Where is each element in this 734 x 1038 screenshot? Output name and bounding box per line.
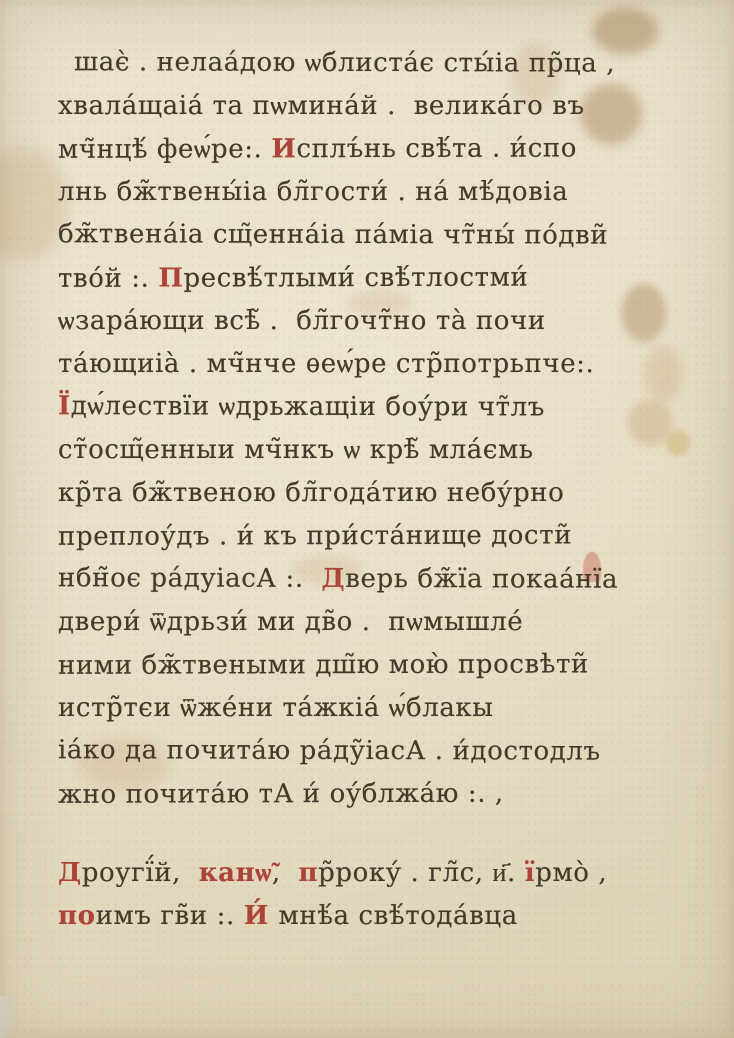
text-line: двери́ ѿдрьзи́ ми дв̃о . пѡмышле́ [58, 601, 678, 644]
ink-text: кр̃та бж̃твеною бл̃года́тию небу́рно [58, 478, 564, 508]
ink-text: тво́й :. [58, 264, 158, 294]
text-line: поимъ гв̃и :. И́ мнѣ́а свѣ́тода́вца [58, 895, 678, 938]
text-line: кр̃та бж̃твеною бл̃года́тию небу́рно [58, 472, 678, 515]
ink-text: мч̃нцѣ́ феѡ́ре:. [58, 134, 271, 165]
rubric-text: по [58, 901, 96, 931]
ink-text: ст̃осщ̃енныи мч̃нкъ ѡ крѣ̃ мла́ємь [58, 435, 534, 465]
ink-text: ресвѣ́тлыми́ свѣ́тлостми́ [183, 263, 528, 294]
rubric-text: Д [58, 858, 82, 888]
ink-text: рмо̀ , [535, 858, 607, 888]
text-line: истр̃тєи ѿже́ни та́жкіа́ ѡ́блакы [58, 687, 678, 730]
rubric-text: канѡ̃ [199, 858, 272, 888]
text-line: Їдѡ́лествїи ѡдрьжащіи боу́ри чт̃лъ [58, 385, 678, 430]
ink-text: шає̀ . нелаа́дою ѡблиста́є сты́іа пр̃ца … [74, 47, 615, 78]
ink-text: двери́ ѿдрьзи́ ми дв̃о . пѡмышле́ [58, 607, 523, 637]
text-line: мч̃нцѣ́ феѡ́ре:. Исплъ́нь свѣ́та . и́спо [58, 127, 678, 172]
ink-text: ѡзара́ющи всѣ̃ . бл̃гочт̃но та̀ почи [58, 306, 546, 336]
text-line: Дроугї́й, канѡ̃, пр̃року́ . гл̃с, и҃. їр… [58, 852, 678, 895]
text-line: іа́ко да почита́ю ра́ду̃іасА . и́достодл… [58, 729, 678, 774]
ink-text: іа́ко да почита́ю ра́ду̃іасА . и́достодл… [58, 735, 601, 766]
ink-text: хвала́щаіа́ та пѡмина́й . велика́го въ [58, 91, 585, 121]
ink-text: ними бж̃твеными дш̃ю мою̀ просвѣти̃ [58, 649, 589, 680]
text-line: жно почита́ю тА и́ оу́блжа́ю :. , [58, 772, 678, 817]
manuscript-text-block: шає̀ . нелаа́дою ѡблиста́є сты́іа пр̃ца … [58, 42, 678, 938]
rubric-text: п [299, 858, 319, 888]
page-corner-edge [0, 996, 14, 1038]
ink-text: нбн̃оє ра́дуіасА :. [58, 563, 322, 594]
ink-text: истр̃тєи ѿже́ни та́жкіа́ ѡ́блакы [58, 693, 494, 723]
rubric-text: ї [525, 858, 535, 888]
rubric-text: И [271, 134, 296, 164]
text-line: хвала́щаіа́ та пѡмина́й . велика́го въ [58, 85, 678, 128]
ink-text: та́ющиіа̀ . мч̃нче ѳеѡ́ре стр̃потрьпче:. [58, 349, 594, 379]
parchment-stain [0, 148, 67, 260]
ink-text: сплъ́нь свѣ́та . и́спо [296, 133, 577, 164]
ink-text: дѡ́лествїи ѡдрьжащіи боу́ри чт̃лъ [71, 391, 545, 422]
manuscript-page: шає̀ . нелаа́дою ѡблиста́є сты́іа пр̃ца … [0, 0, 734, 1038]
ink-text: лнь бж̃твены́іа бл̃гости́ . на́ мѣ́довіа [58, 177, 568, 207]
ink-text: роугї́й, [82, 858, 199, 888]
text-line: ст̃осщ̃енныи мч̃нкъ ѡ крѣ̃ мла́ємь [58, 429, 678, 472]
text-line: нбн̃оє ра́дуіасА :. Дверь бж̃їа покаа́нї… [58, 557, 678, 602]
ink-text: преплоу́дъ . и́ къ при́ста́нище дости̃ [58, 520, 572, 551]
text-line: тво́й :. Пресвѣ́тлыми́ свѣ́тлостми́ [58, 256, 678, 301]
ink-text: бж̃твена́іа сщ̃енна́іа па́міа чт̃ны́ по́… [58, 219, 608, 250]
ink-text: жно почита́ю тА и́ оу́блжа́ю :. , [58, 779, 504, 810]
rubric-text: Д [321, 564, 345, 594]
ink-text: верь бж̃їа покаа́нїа [345, 564, 618, 595]
rubric-text: И́ [244, 901, 279, 931]
ink-text: р̃року́ . гл̃с, и҃. [318, 858, 525, 888]
rubric-text: Ї [58, 391, 71, 421]
ink-text: имъ гв̃и :. [96, 901, 244, 931]
text-line: шає̀ . нелаа́дою ѡблиста́є сты́іа пр̃ца … [58, 41, 678, 86]
text-line: бж̃твена́іа сщ̃енна́іа па́міа чт̃ны́ по́… [58, 213, 678, 258]
text-line: та́ющиіа̀ . мч̃нче ѳеѡ́ре стр̃потрьпче:. [58, 343, 678, 386]
rubric-text: П [158, 263, 183, 293]
ink-text: мнѣ́а свѣ́тода́вца [279, 901, 518, 931]
ink-text: , [272, 858, 299, 888]
text-line: ѡзара́ющи всѣ̃ . бл̃гочт̃но та̀ почи [58, 300, 678, 343]
text-line: преплоу́дъ . и́ къ при́ста́нище дости̃ [58, 514, 678, 559]
text-line: ними бж̃твеными дш̃ю мою̀ просвѣти̃ [58, 643, 678, 688]
text-line: лнь бж̃твены́іа бл̃гости́ . на́ мѣ́довіа [58, 171, 678, 214]
